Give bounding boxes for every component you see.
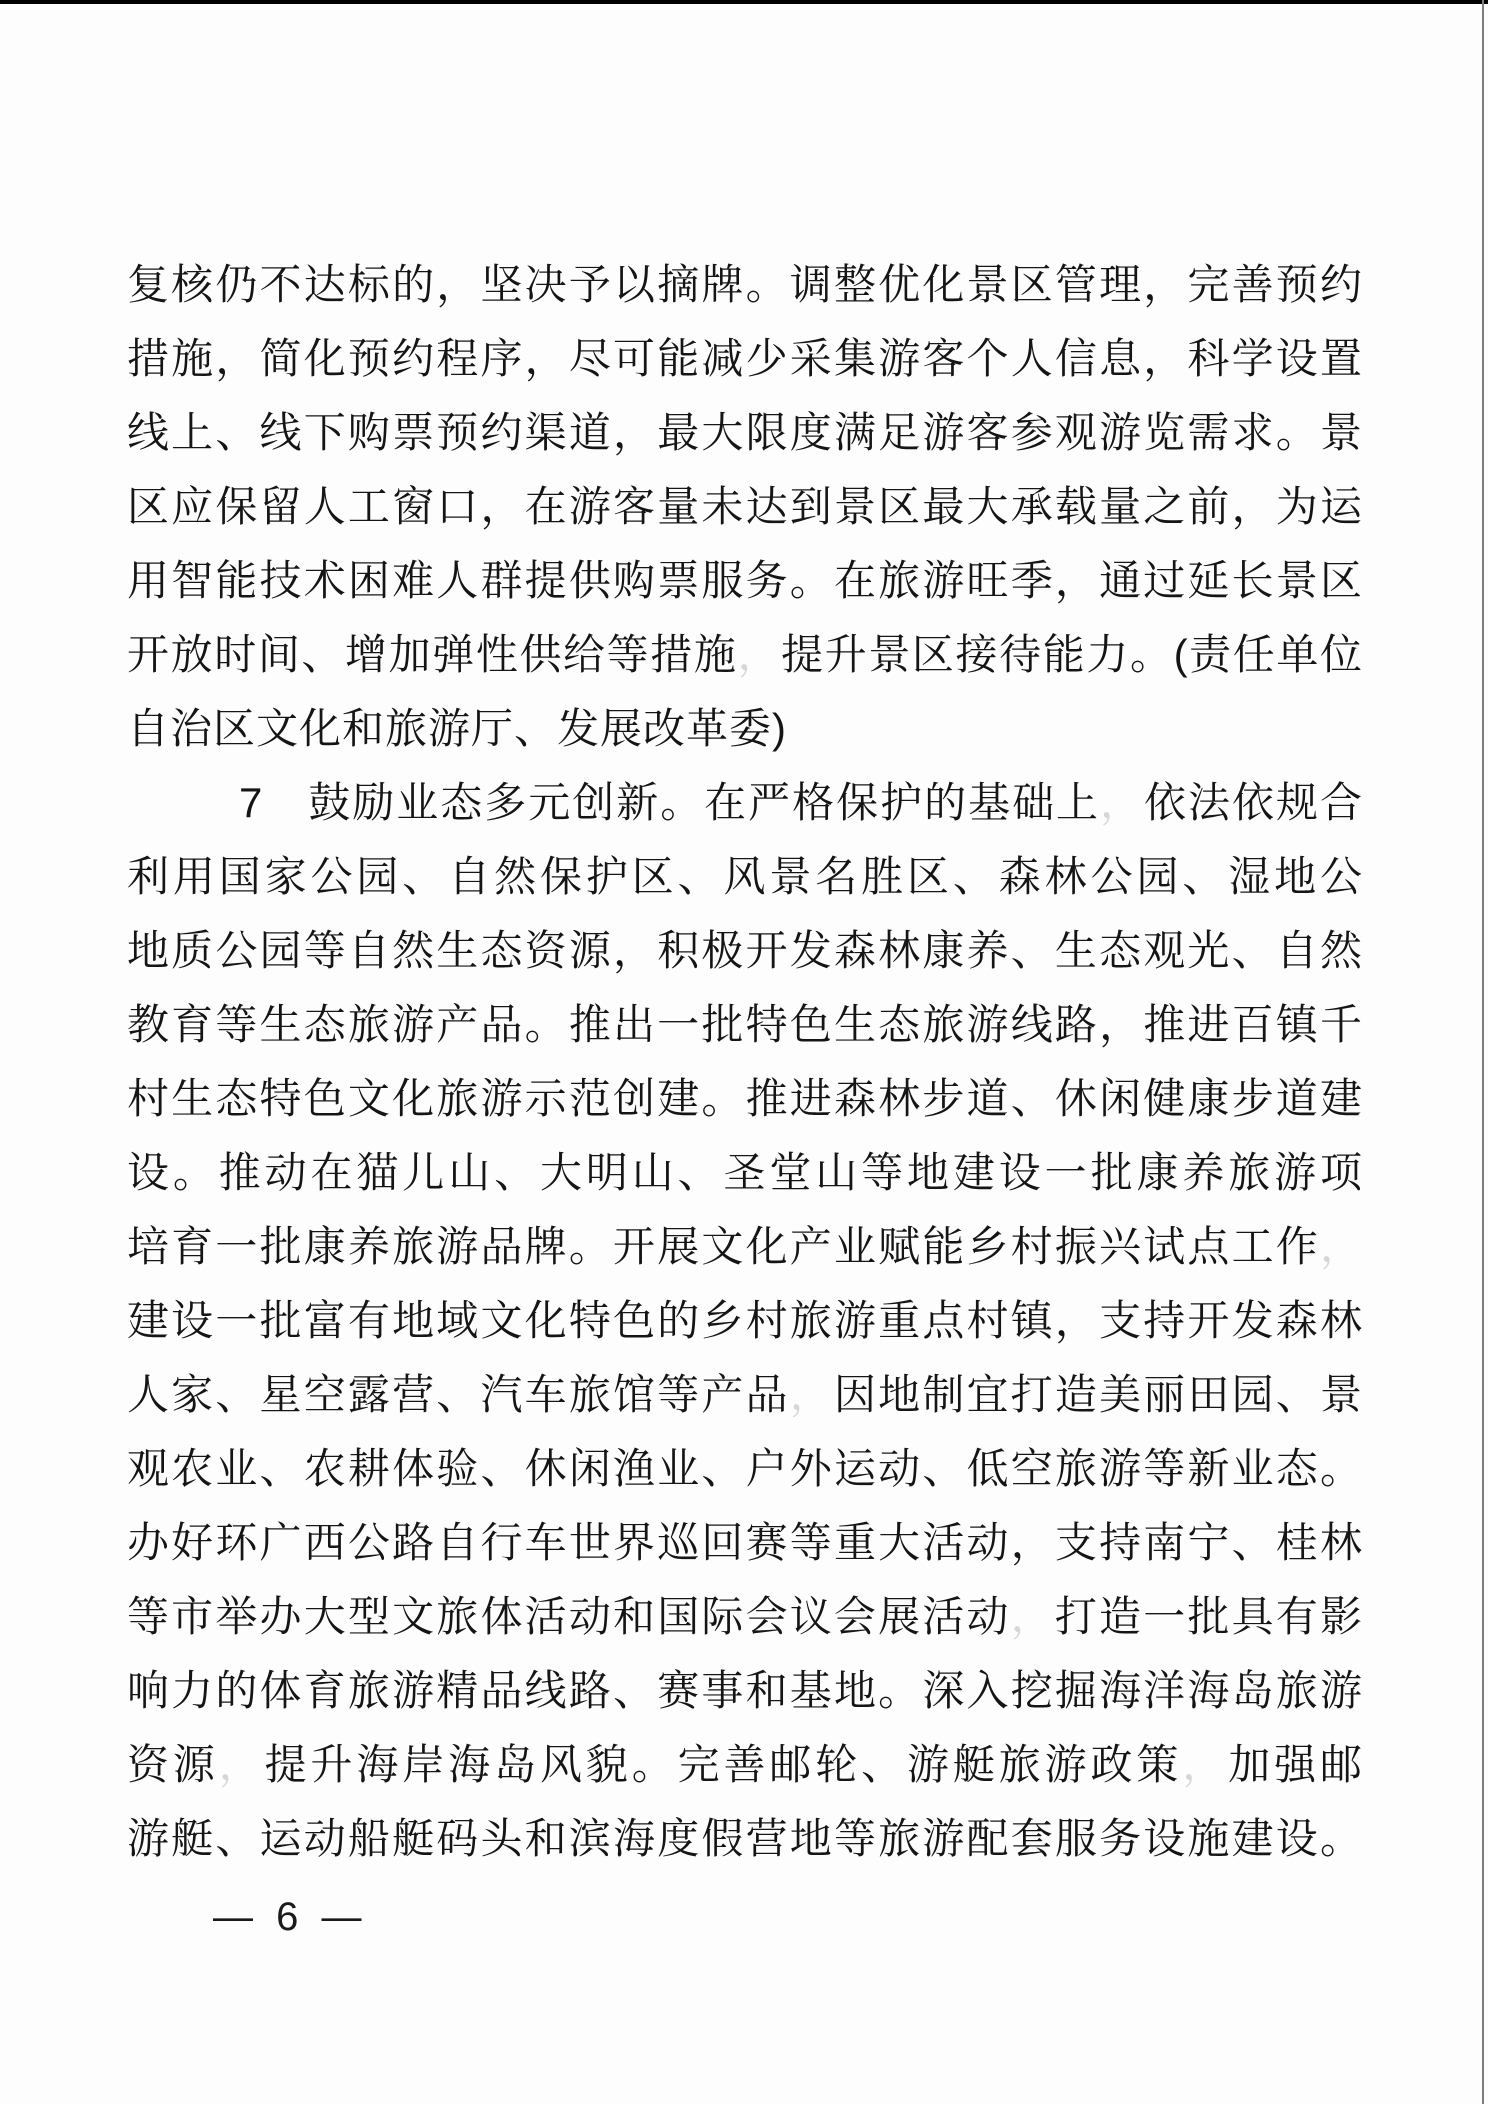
- text-segment: 资源: [127, 1741, 219, 1788]
- right-scan-artifact-line: [1482, 0, 1484, 2104]
- faint-punctuation: ，: [1182, 1741, 1228, 1788]
- text-line: 7 鼓励业态多元创新。在严格保护的基础上，依法依规合理: [127, 766, 1363, 840]
- text-segment: 利用国家公园、自然保护区、风景名胜区、森林公园、湿地公园、: [127, 853, 1363, 914]
- document-page: 复核仍不达标的，坚决予以摘牌。调整优化景区管理，完善预约措施，简化预约程序，尽可…: [0, 0, 1488, 2104]
- text-line: 响力的体育旅游精品线路、赛事和基地。深入挖掘海洋海岛旅游: [127, 1654, 1363, 1728]
- text-line: 观农业、农耕体验、休闲渔业、户外运动、低空旅游等新业态。: [127, 1432, 1363, 1506]
- text-segment: 培育一批康养旅游品牌。开展文化产业赋能乡村振兴试点工作: [127, 1223, 1320, 1270]
- text-segment: 村生态特色文化旅游示范创建。推进森林步道、休闲健康步道建: [127, 1075, 1363, 1122]
- text-segment: 响力的体育旅游精品线路、赛事和基地。深入挖掘海洋海岛旅游: [127, 1667, 1363, 1714]
- text-line: 地质公园等自然生态资源，积极开发森林康养、生态观光、自然: [127, 914, 1363, 988]
- faint-punctuation: ，: [790, 1371, 834, 1418]
- text-segment: 设。推动在猫儿山、大明山、圣堂山等地建设一批康养旅游项目: [127, 1149, 1363, 1210]
- text-line: 资源，提升海岸海岛风貌。完善邮轮、游艇旅游政策，加强邮轮、: [127, 1728, 1363, 1802]
- text-line: 复核仍不达标的，坚决予以摘牌。调整优化景区管理，完善预约: [127, 248, 1363, 322]
- text-line: 等市举办大型文旅体活动和国际会议会展活动，打造一批具有影: [127, 1580, 1363, 1654]
- text-line: 自治区文化和旅游厅、发展改革委): [127, 692, 1363, 766]
- text-segment: 观农业、农耕体验、休闲渔业、户外运动、低空旅游等新业态。: [127, 1445, 1363, 1492]
- top-scan-artifact-bar: [0, 0, 1488, 4]
- text-line: 建设一批富有地域文化特色的乡村旅游重点村镇，支持开发森林: [127, 1284, 1363, 1358]
- text-segment: 复核仍不达标的，坚决予以摘牌。调整优化景区管理，完善预约: [127, 261, 1363, 308]
- text-line: 区应保留人工窗口，在游客量未达到景区最大承载量之前，为运: [127, 470, 1363, 544]
- text-segment: 自治区文化和旅游厅、发展改革委): [127, 705, 787, 752]
- text-segment: 办好环广西公路自行车世界巡回赛等重大活动，支持南宁、桂林: [127, 1519, 1363, 1566]
- text-segment: 线上、线下购票预约渠道，最大限度满足游客参观游览需求。景: [127, 409, 1363, 456]
- text-line: 用智能技术困难人群提供购票服务。在旅游旺季，通过延长景区: [127, 544, 1363, 618]
- faint-punctuation: ，: [219, 1741, 265, 1788]
- text-segment: 人家、星空露营、汽车旅馆等产品: [127, 1371, 790, 1418]
- text-line: 开放时间、增加弹性供给等措施，提升景区接待能力。(责任单位: [127, 618, 1363, 692]
- text-segment: 7 鼓励业态多元创新。在严格保护的基础上: [239, 779, 1100, 826]
- text-line: 措施，简化预约程序，尽可能减少采集游客个人信息，科学设置: [127, 322, 1363, 396]
- text-segment: 提升海岸海岛风貌。完善邮轮、游艇旅游政策: [265, 1741, 1183, 1788]
- text-line: 设。推动在猫儿山、大明山、圣堂山等地建设一批康养旅游项目，: [127, 1136, 1363, 1210]
- text-line: 培育一批康养旅游品牌。开展文化产业赋能乡村振兴试点工作，: [127, 1210, 1363, 1284]
- text-segment: 用智能技术困难人群提供购票服务。在旅游旺季，通过延长景区: [127, 557, 1363, 604]
- text-segment: 打造一批具有影: [1055, 1593, 1363, 1640]
- text-line: 教育等生态旅游产品。推出一批特色生态旅游线路，推进百镇千: [127, 988, 1363, 1062]
- text-segment: 区应保留人工窗口，在游客量未达到景区最大承载量之前，为运: [127, 483, 1363, 530]
- text-segment: 措施，简化预约程序，尽可能减少采集游客个人信息，科学设置: [127, 335, 1363, 382]
- text-segment: 因地制宜打造美丽田园、景: [834, 1371, 1363, 1418]
- text-line: 办好环广西公路自行车世界巡回赛等重大活动，支持南宁、桂林: [127, 1506, 1363, 1580]
- text-segment: 提升景区接待能力。(责任单位: [781, 631, 1363, 678]
- faint-punctuation: ，: [738, 631, 782, 678]
- text-line: 村生态特色文化旅游示范创建。推进森林步道、休闲健康步道建: [127, 1062, 1363, 1136]
- text-line: 人家、星空露营、汽车旅馆等产品，因地制宜打造美丽田园、景: [127, 1358, 1363, 1432]
- text-segment: 地质公园等自然生态资源，积极开发森林康养、生态观光、自然: [127, 927, 1363, 974]
- text-segment: 等市举办大型文旅体活动和国际会议会展活动: [127, 1593, 1011, 1640]
- document-body: 复核仍不达标的，坚决予以摘牌。调整优化景区管理，完善预约措施，简化预约程序，尽可…: [127, 248, 1363, 1876]
- text-segment: 建设一批富有地域文化特色的乡村旅游重点村镇，支持开发森林: [127, 1297, 1363, 1344]
- text-segment: 开放时间、增加弹性供给等措施: [127, 631, 738, 678]
- text-line: 线上、线下购票预约渠道，最大限度满足游客参观游览需求。景: [127, 396, 1363, 470]
- text-segment: 教育等生态旅游产品。推出一批特色生态旅游线路，推进百镇千: [127, 1001, 1363, 1048]
- faint-punctuation: ，: [1100, 779, 1144, 826]
- text-line: 利用国家公园、自然保护区、风景名胜区、森林公园、湿地公园、: [127, 840, 1363, 914]
- footer-page-number: — 6 —: [213, 1893, 367, 1941]
- faint-punctuation: ，: [1320, 1223, 1363, 1270]
- text-line: 游艇、运动船艇码头和滨海度假营地等旅游配套服务设施建设。: [127, 1802, 1363, 1876]
- faint-punctuation: ，: [1011, 1593, 1055, 1640]
- text-segment: 游艇、运动船艇码头和滨海度假营地等旅游配套服务设施建设。: [127, 1815, 1363, 1862]
